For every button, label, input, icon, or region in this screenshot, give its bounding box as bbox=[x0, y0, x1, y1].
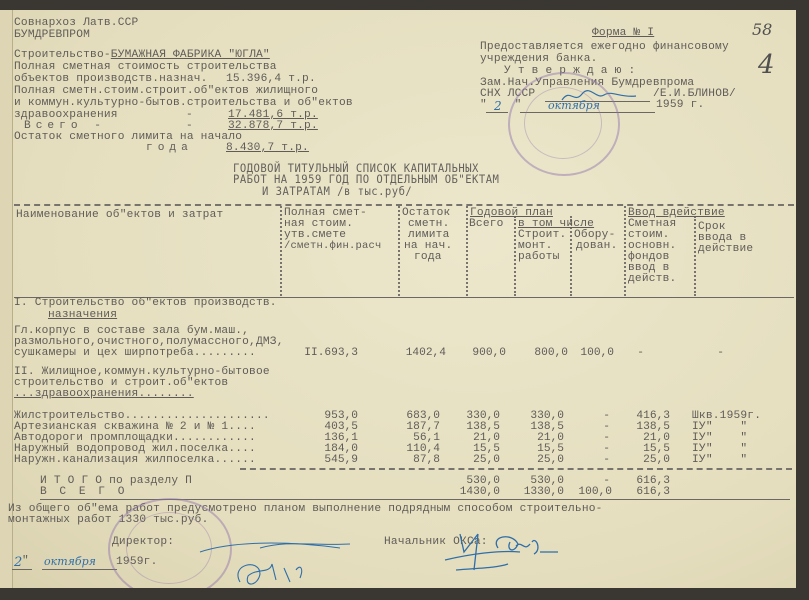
approval-stamp bbox=[508, 72, 620, 176]
section1-full-cost: II.693,3 bbox=[288, 348, 358, 359]
binding-edge bbox=[0, 10, 13, 588]
footer-date-month: октября bbox=[44, 555, 96, 568]
column-divider bbox=[694, 216, 696, 296]
grand-total-label: В С Е Г О bbox=[40, 487, 127, 498]
header-full-cost-4: /сметн.фин.расч bbox=[284, 241, 382, 252]
form-label: Форма № I bbox=[592, 28, 654, 39]
note-line-1: Предоставляется ежегодно финансовому bbox=[480, 42, 729, 53]
grand-total-construction: 1330,0 bbox=[508, 487, 564, 498]
section2-title-3: ...здравоохранения........ bbox=[14, 389, 194, 400]
construction-name: БУМАЖНАЯ ФАБРИКА "ЮГЛА" bbox=[111, 49, 270, 61]
housing-line-1: Полная сметн.стоим.строит.об"ектов жилищ… bbox=[14, 86, 318, 97]
housing-line-2: и коммун.культурно-бытов.строительства и… bbox=[14, 98, 353, 109]
org-line-1: Совнархоз Латв.ССР bbox=[14, 18, 138, 29]
column-divider bbox=[466, 206, 468, 296]
prod-objects-value: 15.396,4 т.р. bbox=[226, 74, 316, 85]
section1-title-2: назначения bbox=[48, 310, 117, 321]
section1-remainder: 1402,4 bbox=[390, 348, 446, 359]
head-oks-signature bbox=[450, 530, 580, 580]
approve-day: 2 bbox=[494, 99, 502, 113]
section1-deadline: - bbox=[710, 348, 724, 359]
section1-row-name-3: сушкамеры и цех ширпотреба......... bbox=[14, 348, 256, 359]
note-line-2: учреждения банка. bbox=[480, 54, 598, 65]
rows-bottom-border bbox=[240, 468, 792, 470]
remainder-label-2: года bbox=[146, 143, 193, 154]
section1-est-cost: - bbox=[630, 348, 644, 359]
section1-total: 900,0 bbox=[450, 348, 506, 359]
row-construction: 25,0 bbox=[512, 455, 564, 466]
row-equipment: - bbox=[600, 455, 610, 466]
table-top-border bbox=[14, 204, 794, 206]
section1-title-1: I. Строительство об"ектов производств. bbox=[14, 298, 277, 309]
prod-objects-line: объектов производств.назнач. bbox=[14, 74, 208, 85]
row-full-cost: 545,9 bbox=[300, 455, 358, 466]
total-cost-line: Полная сметная стоимость строительства bbox=[14, 62, 277, 73]
header-equipment-2: дован. bbox=[576, 241, 617, 252]
grand-total-est-cost: 616,3 bbox=[620, 487, 670, 498]
remainder-label-1: Остаток сметного лимита на начало bbox=[14, 132, 242, 143]
month-line bbox=[42, 569, 117, 570]
header-construction-3: работы bbox=[518, 252, 559, 263]
org-line-2: БУМДРЕВПРОМ bbox=[14, 30, 90, 41]
column-divider bbox=[280, 206, 282, 296]
row-total: 25,0 bbox=[448, 455, 500, 466]
column-divider bbox=[514, 216, 516, 296]
margin-number-1: 58 bbox=[752, 20, 772, 39]
approve-year: 1959 г. bbox=[656, 100, 704, 111]
header-remainder-5: года bbox=[414, 252, 442, 263]
document-page: Совнархоз Латв.ССР БУМДРЕВПРОМ Строитель… bbox=[0, 10, 796, 588]
column-divider bbox=[624, 206, 626, 296]
grand-total-total: 1430,0 bbox=[448, 487, 500, 498]
margin-number-2: 4 bbox=[758, 50, 775, 80]
remainder-value: 8.430,7 т.р. bbox=[226, 143, 309, 154]
row-remainder: 87,8 bbox=[390, 455, 440, 466]
header-est-cost-6: действ. bbox=[628, 274, 676, 285]
grand-total-equipment: 100,0 bbox=[560, 487, 612, 498]
column-divider bbox=[398, 206, 400, 296]
row-deadline: IУ" " bbox=[692, 455, 747, 466]
header-total: Всего bbox=[469, 219, 504, 230]
header-name: Наименование об"ектов и затрат bbox=[16, 210, 223, 221]
section1-equipment: 100,0 bbox=[560, 348, 614, 359]
construction-label: Строительство-БУМАЖНАЯ ФАБРИКА "ЮГЛА" bbox=[14, 50, 270, 61]
quote-mark: " bbox=[22, 556, 29, 567]
day-line bbox=[12, 569, 32, 570]
doc-title-line-3: И ЗАТРАТАМ /в тыс.руб/ bbox=[262, 186, 412, 198]
header-deadline-3: действие bbox=[698, 244, 753, 255]
director-signature bbox=[200, 534, 370, 588]
row-est-cost: 25,0 bbox=[620, 455, 670, 466]
row-name: Наружн.канализация жилпоселка...... bbox=[14, 455, 256, 466]
